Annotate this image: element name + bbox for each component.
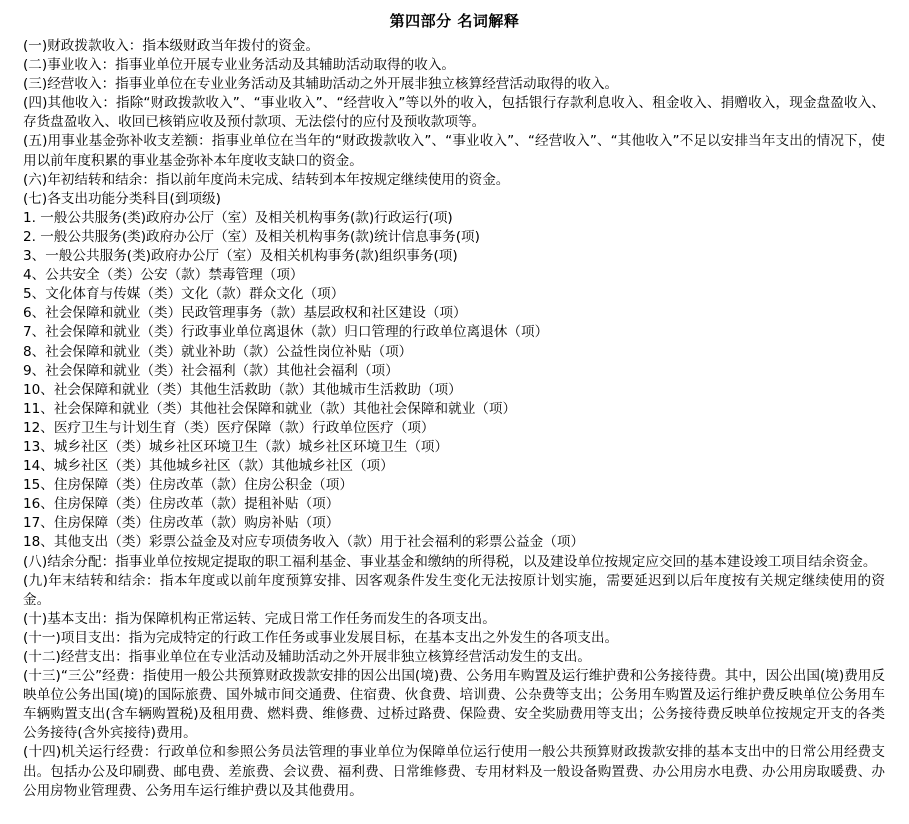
definition-business-income: (二)事业收入：指事业单位开展专业业务活动及其辅助活动取得的收入。: [23, 56, 885, 75]
list-item: 17、住房保障（类）住房改革（款）购房补贴（项）: [23, 514, 885, 533]
list-item: 13、城乡社区（类）城乡社区环境卫生（款）城乡社区环境卫生（项）: [23, 438, 885, 457]
list-item: 1. 一般公共服务(类)政府办公厅（室）及相关机构事务(款)行政运行(项): [23, 209, 885, 228]
list-item: 5、文化体育与传媒（类）文化（款）群众文化（项）: [23, 285, 885, 304]
list-item: 11、社会保障和就业（类）其他社会保障和就业（款）其他社会保障和就业（项）: [23, 400, 885, 419]
list-item: 8、社会保障和就业（类）就业补助（款）公益性岗位补贴（项）: [23, 343, 885, 362]
list-item: 6、社会保障和就业（类）民政管理事务（款）基层政权和社区建设（项）: [23, 304, 885, 323]
list-item: 18、其他支出（类）彩票公益金及对应专项债务收入（款）用于社会福利的彩票公益金（…: [23, 533, 885, 552]
list-item: 14、城乡社区（类）其他城乡社区（款）其他城乡社区（项）: [23, 457, 885, 476]
list-item: 15、住房保障（类）住房改革（款）住房公积金（项）: [23, 476, 885, 495]
list-item: 7、社会保障和就业（类）行政事业单位离退休（款）归口管理的行政单位离退休（项）: [23, 323, 885, 342]
list-item: 12、医疗卫生与计划生育（类）医疗保障（款）行政单位医疗（项）: [23, 419, 885, 438]
definition-surplus-distribution: (八)结余分配：指事业单位按规定提取的职工福利基金、事业基金和缴纳的所得税，以及…: [23, 553, 885, 572]
definition-closing-carryover: (九)年末结转和结余：指本年度或以前年度预算安排、因客观条件发生变化无法按原计划…: [23, 572, 885, 610]
definition-basic-expenditure: (十)基本支出：指为保障机构正常运转、完成日常工作任务而发生的各项支出。: [23, 610, 885, 629]
list-item: 2. 一般公共服务(类)政府办公厅（室）及相关机构事务(款)统计信息事务(项): [23, 228, 885, 247]
function-classification-list: 1. 一般公共服务(类)政府办公厅（室）及相关机构事务(款)行政运行(项) 2.…: [23, 209, 885, 553]
list-item: 3、一般公共服务(类)政府办公厅（室）及相关机构事务(款)组织事务(项): [23, 247, 885, 266]
page-title: 第四部分 名词解释: [0, 11, 909, 31]
document-body: (一)财政拨款收入：指本级财政当年拨付的资金。 (二)事业收入：指事业单位开展专…: [23, 37, 885, 801]
list-item: 9、社会保障和就业（类）社会福利（款）其他社会福利（项）: [23, 362, 885, 381]
definition-other-income: (四)其他收入：指除“财政拨款收入”、“事业收入”、“经营收入”等以外的收入，包…: [23, 94, 885, 132]
list-item: 4、公共安全（类）公安（款）禁毒管理（项）: [23, 266, 885, 285]
definition-project-expenditure: (十一)项目支出：指为完成特定的行政工作任务或事业发展目标，在基本支出之外发生的…: [23, 629, 885, 648]
definition-three-public-expenses: (十三)“三公”经费：指使用一般公共预算财政拨款安排的因公出国(境)费、公务用车…: [23, 667, 885, 743]
definition-business-fund-offset: (五)用事业基金弥补收支差额：指事业单位在当年的“财政拨款收入”、“事业收入”、…: [23, 132, 885, 170]
list-item: 10、社会保障和就业（类）其他生活救助（款）其他城市生活救助（项）: [23, 381, 885, 400]
list-item: 16、住房保障（类）住房改革（款）提租补贴（项）: [23, 495, 885, 514]
section-function-classification: (七)各支出功能分类科目(到项级): [23, 190, 885, 209]
definition-fiscal-appropriation-income: (一)财政拨款收入：指本级财政当年拨付的资金。: [23, 37, 885, 56]
definition-agency-operating-expenses: (十四)机关运行经费：行政单位和参照公务员法管理的事业单位为保障单位运行使用一般…: [23, 743, 885, 800]
definition-operating-income: (三)经营收入：指事业单位在专业业务活动及其辅助活动之外开展非独立核算经营活动取…: [23, 75, 885, 94]
definition-opening-carryover: (六)年初结转和结余：指以前年度尚未完成、结转到本年按规定继续使用的资金。: [23, 171, 885, 190]
definition-operating-expenditure: (十二)经营支出：指事业单位在专业活动及辅助活动之外开展非独立核算经营活动发生的…: [23, 648, 885, 667]
